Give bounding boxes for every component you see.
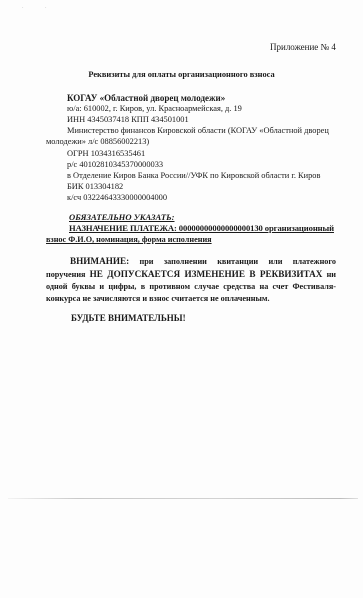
legal-address: ю/а: 610002, г. Киров, ул. Красноармейск… <box>67 104 242 113</box>
organization-name: КОГАУ «Областной дворец молодежи» <box>67 93 225 103</box>
bank-name: в Отделение Киров Банка России//УФК по К… <box>67 171 320 180</box>
ministry-line-1: Министерство финансов Кировской области … <box>67 126 329 135</box>
inn-kpp: ИНН 4345037418 КПП 434501001 <box>67 115 189 124</box>
warning-paragraph: ВНИМАНИЕ: при заполнении квитанции или п… <box>46 255 336 305</box>
payment-purpose-line-2: взнос Ф.И.О, номинация, форма исполнения <box>46 235 212 244</box>
scan-artifact: . . <box>22 4 57 10</box>
document-title: Реквизиты для оплаты организационного вз… <box>0 70 363 79</box>
bik: БИК 013304182 <box>67 182 123 191</box>
settlement-account: р/с 40102810345370000033 <box>67 160 163 169</box>
warning-lead: ВНИМАНИЕ: <box>46 256 129 266</box>
scan-fold-line <box>8 498 358 499</box>
be-careful-notice: БУДЬТЕ ВНИМАТЕЛЬНЫ! <box>71 313 186 323</box>
document-page: . . Приложение № 4 Реквизиты для оплаты … <box>0 0 363 598</box>
payment-purpose-line-1: НАЗНАЧЕНИЕ ПЛАТЕЖА: 00000000000000000130… <box>69 223 334 233</box>
correspondent-account: к/сч 03224643330000004000 <box>67 193 167 202</box>
ogrn: ОГРН 1034316535461 <box>67 149 145 158</box>
ministry-line-2: молодежи» л/с 08856002213) <box>46 137 149 146</box>
must-specify-heading: ОБЯЗАТЕЛЬНО УКАЗАТЬ: <box>69 212 175 222</box>
warning-emphasis: НЕ ДОПУСКАЕТСЯ ИЗМЕНЕНИЕ В РЕКВИЗИТАХ <box>90 269 323 279</box>
appendix-label: Приложение № 4 <box>270 42 336 52</box>
